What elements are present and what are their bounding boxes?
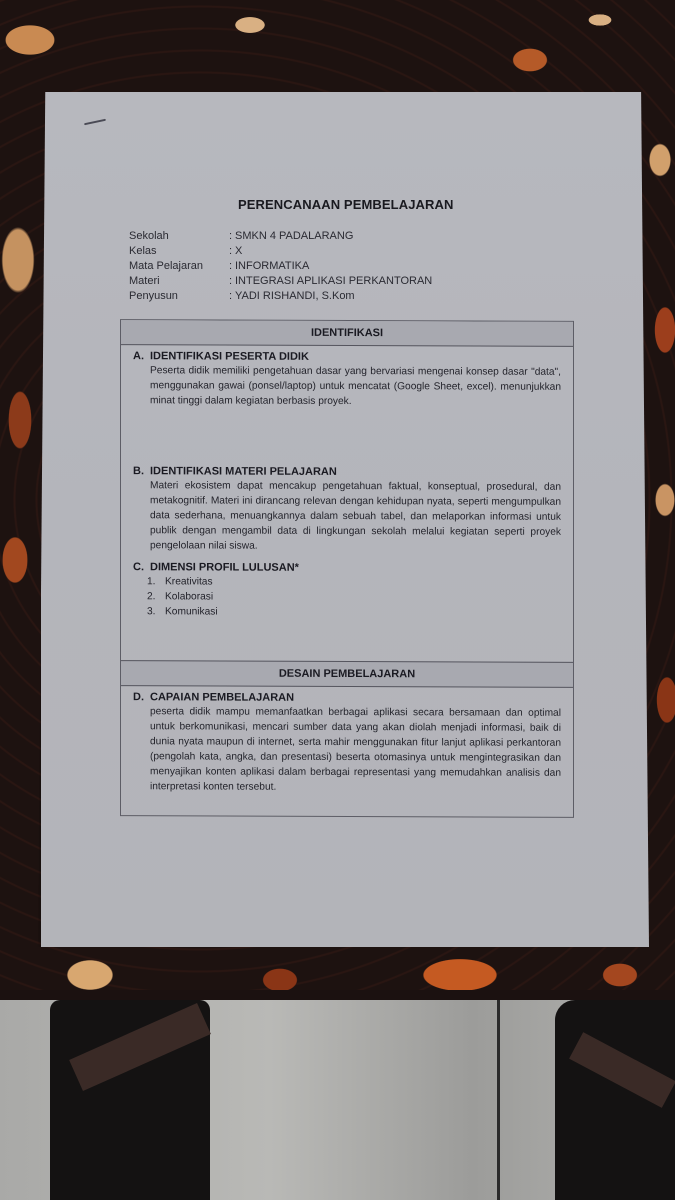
- section-letter: D.: [133, 690, 150, 704]
- meta-value: SMKN 4 PADALARANG: [235, 229, 353, 244]
- meta-value: YADI RISHANDI, S.Kom: [235, 289, 355, 304]
- meta-row-sekolah: Sekolah : SMKN 4 PADALARANG: [129, 229, 432, 244]
- meta-row-kelas: Kelas : X: [129, 244, 432, 259]
- meta-label: Penyusun: [129, 289, 229, 304]
- table-header-desain: DESAIN PEMBELAJARAN: [121, 660, 573, 688]
- list-item: 1. Kreativitas: [147, 574, 561, 591]
- section-title: CAPAIAN PEMBELAJARAN: [150, 690, 294, 705]
- meta-label: Materi: [129, 274, 229, 289]
- meta-row-materi: Materi : INTEGRASI APLIKASI PERKANTORAN: [129, 274, 432, 289]
- section-letter: A.: [133, 349, 150, 363]
- section-a: A. IDENTIFIKASI PESERTA DIDIK Peserta di…: [121, 345, 573, 458]
- table-header-identifikasi: IDENTIFIKASI: [121, 320, 573, 347]
- section-c: C. DIMENSI PROFIL LULUSAN* 1. Kreativita…: [121, 554, 573, 662]
- meta-row-penyusun: Penyusun : YADI RISHANDI, S.Kom: [129, 289, 432, 304]
- section-a-body: Peserta didik memiliki pengetahuan dasar…: [150, 363, 561, 410]
- meta-value: X: [235, 244, 242, 259]
- meta-label: Sekolah: [129, 229, 229, 244]
- section-b-body: Materi ekosistem dapat mencakup pengetah…: [150, 478, 561, 555]
- list-number: 1.: [147, 574, 165, 589]
- section-d: D. CAPAIAN PEMBELAJARAN peserta didik ma…: [121, 686, 573, 796]
- meta-value: INFORMATIKA: [235, 259, 309, 274]
- list-label: Kreativitas: [165, 574, 213, 589]
- list-item: 2. Kolaborasi: [147, 589, 561, 606]
- plan-table: IDENTIFIKASI A. IDENTIFIKASI PESERTA DID…: [120, 319, 574, 818]
- list-label: Komunikasi: [165, 604, 218, 619]
- list-label: Kolaborasi: [165, 589, 213, 604]
- section-title: DIMENSI PROFIL LULUSAN*: [150, 560, 299, 575]
- section-title: IDENTIFIKASI MATERI PELAJARAN: [150, 464, 337, 479]
- section-letter: B.: [133, 464, 150, 478]
- section-title: IDENTIFIKASI PESERTA DIDIK: [150, 349, 309, 364]
- meta-row-mata-pelajaran: Mata Pelajaran : INFORMATIKA: [129, 259, 432, 274]
- meta-value: INTEGRASI APLIKASI PERKANTORAN: [235, 274, 432, 289]
- profile-dimension-list: 1. Kreativitas 2. Kolaborasi 3. Komunika…: [147, 574, 561, 621]
- document: PERENCANAAN PEMBELAJARAN Sekolah : SMKN …: [0, 0, 675, 1000]
- list-number: 3.: [147, 604, 165, 619]
- section-b: B. IDENTIFIKASI MATERI PELAJARAN Materi …: [121, 456, 573, 556]
- section-d-body: peserta didik mampu memanfaatkan berbaga…: [150, 704, 561, 796]
- document-meta: Sekolah : SMKN 4 PADALARANG Kelas : X Ma…: [129, 229, 432, 304]
- list-item: 3. Komunikasi: [147, 604, 561, 621]
- floor-tile-seam: [497, 1000, 500, 1200]
- list-number: 2.: [147, 589, 165, 604]
- section-letter: C.: [133, 560, 150, 574]
- meta-label: Mata Pelajaran: [129, 259, 229, 274]
- meta-label: Kelas: [129, 244, 229, 259]
- document-title: PERENCANAAN PEMBELAJARAN: [238, 197, 453, 212]
